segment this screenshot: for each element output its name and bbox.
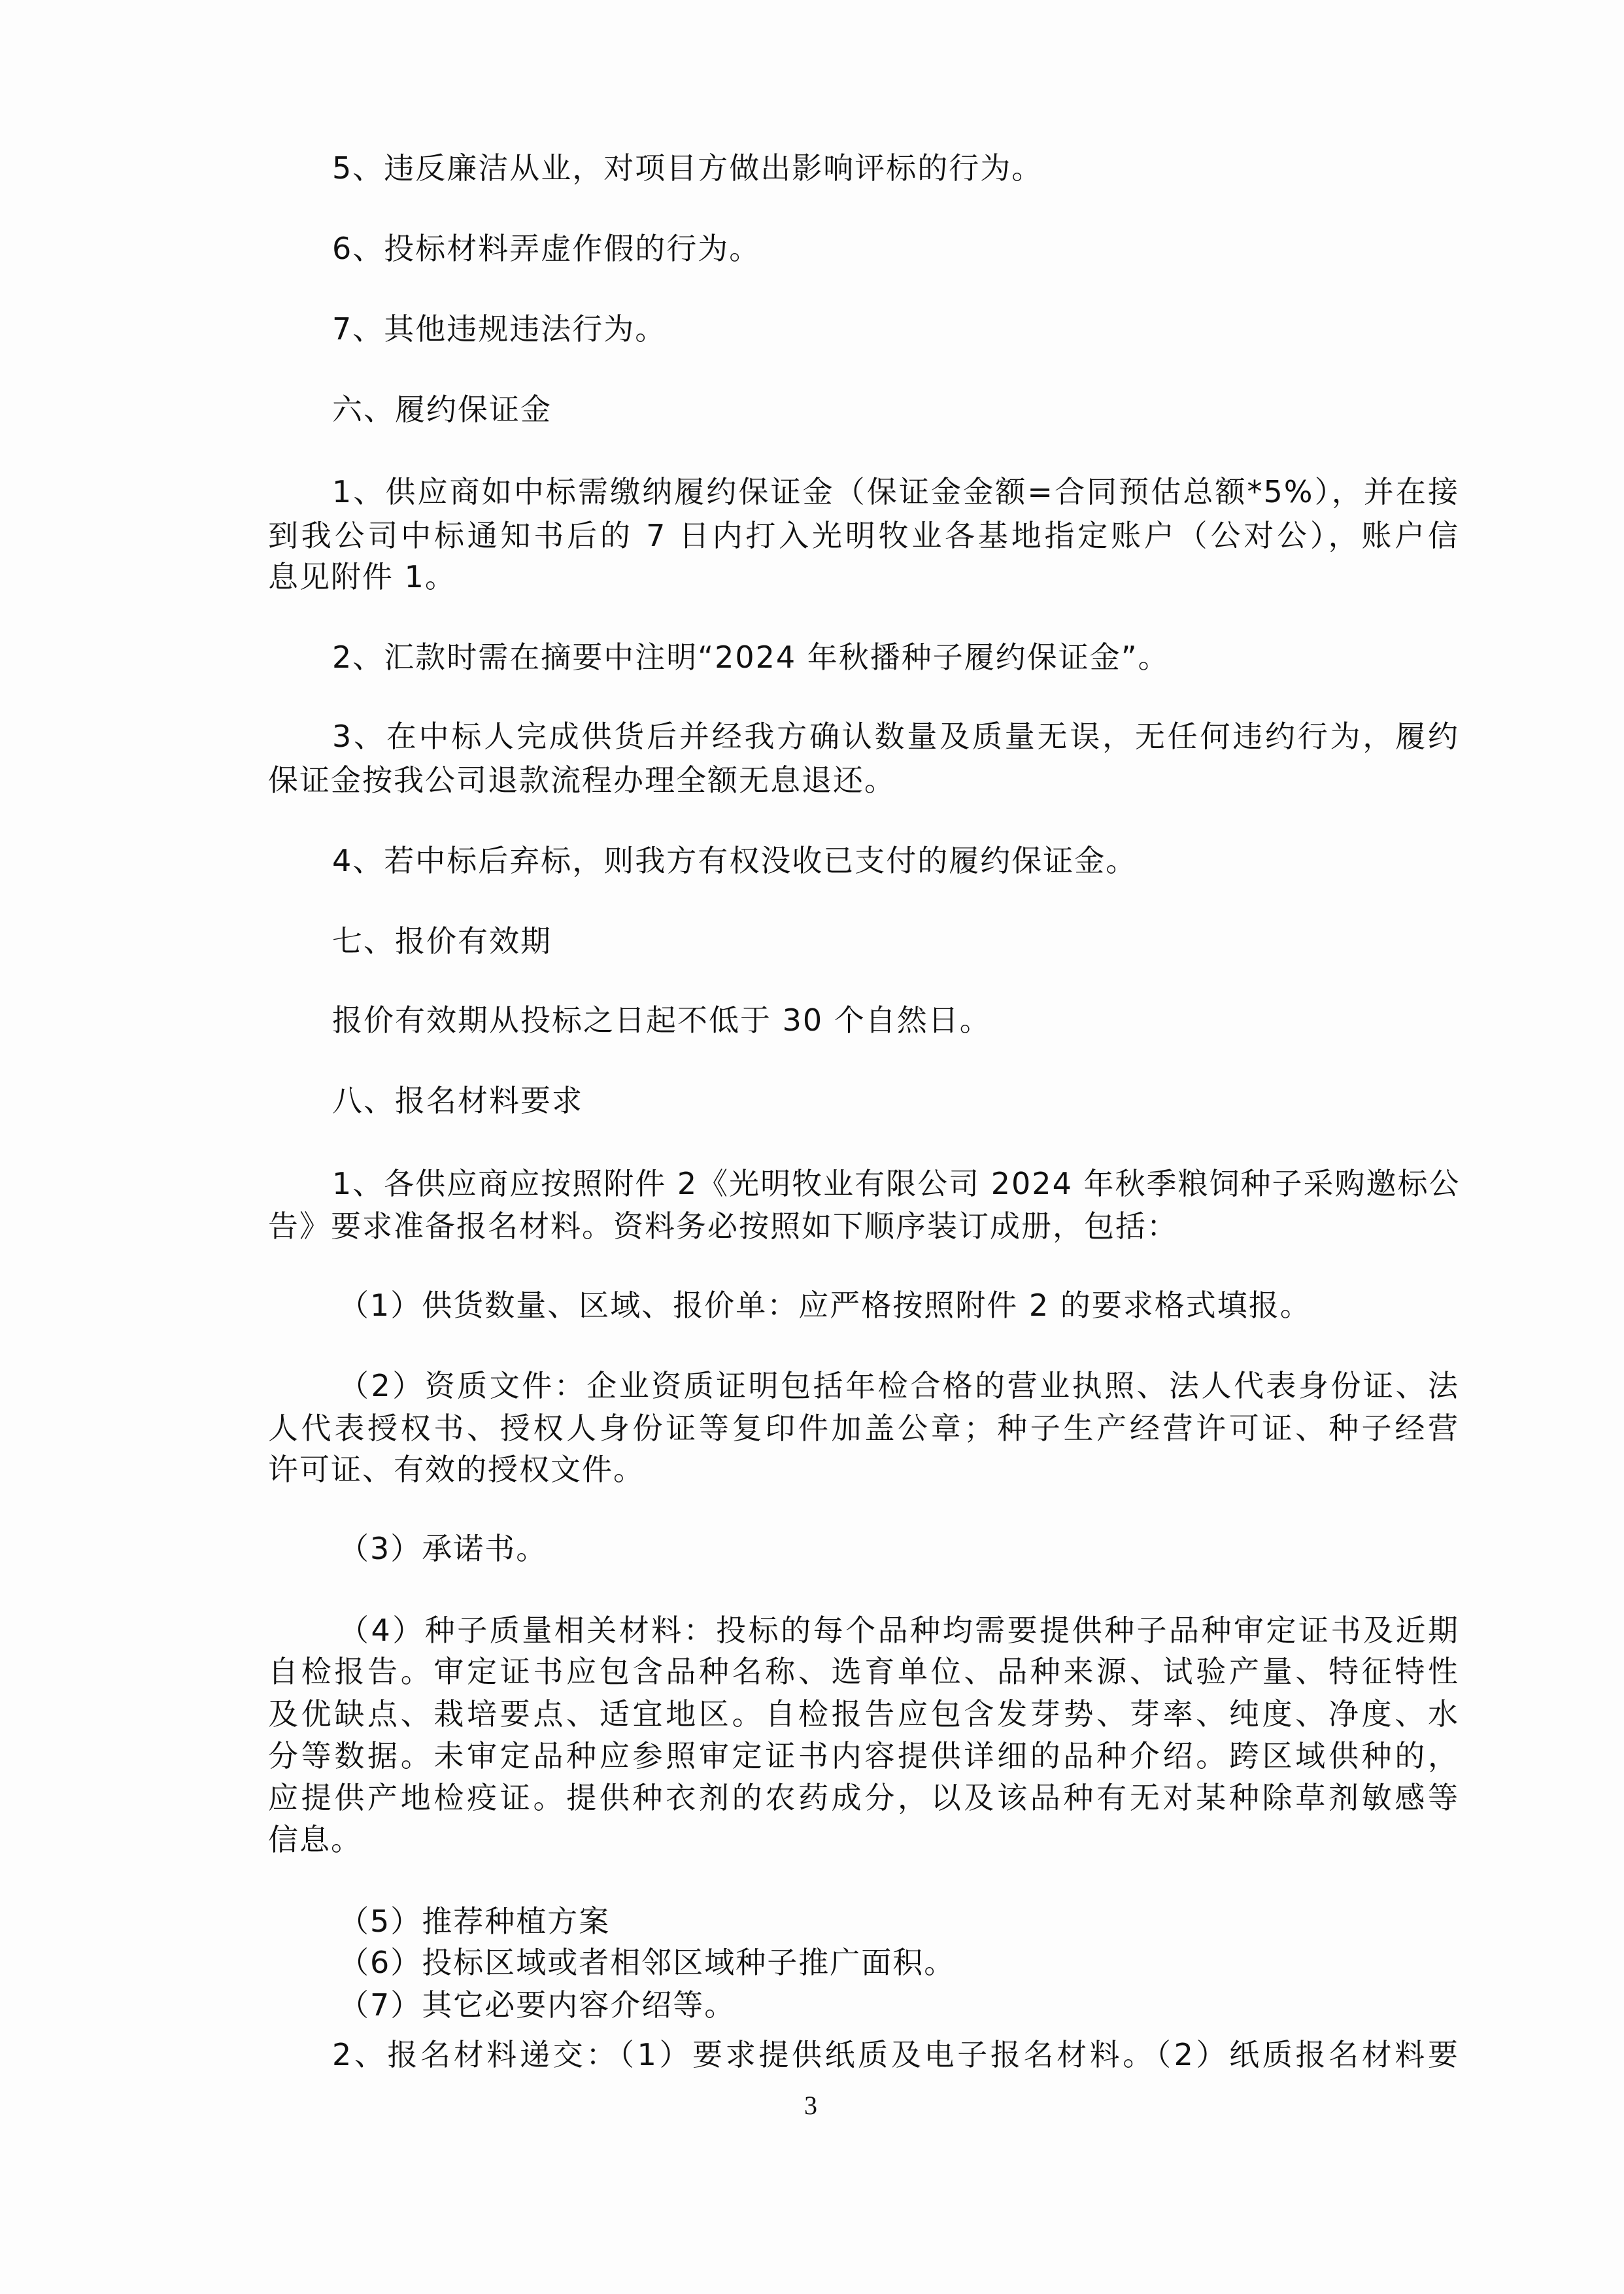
list-item: 信息。	[268, 1819, 1459, 1860]
paragraph-line: 4、若中标后弃标，则我方有权没收已支付的履约保证金。	[332, 840, 1459, 882]
page-number: 3	[798, 2090, 824, 2121]
paragraph-line: 2、报名材料递交：（1）要求提供纸质及电子报名材料。（2）纸质报名材料要	[332, 2034, 1459, 2076]
paragraph-line: 息见附件 1。	[268, 556, 1459, 598]
paragraph-line: 1、供应商如中标需缴纳履约保证金（保证金金额=合同预估总额*5%），并在接	[332, 471, 1459, 513]
document-page: 5、违反廉洁从业，对项目方做出影响评标的行为。 6、投标材料弄虚作假的行为。 7…	[0, 0, 1624, 2294]
paragraph-line: 到我公司中标通知书后的 7 日内打入光明牧业各基地指定账户（公对公），账户信	[268, 515, 1459, 556]
violation-item-5: 5、违反廉洁从业，对项目方做出影响评标的行为。	[332, 147, 1459, 189]
list-item: （5）推荐种植方案	[339, 1900, 1530, 1942]
list-item: 许可证、有效的授权文件。	[268, 1448, 1459, 1490]
list-item: （7）其它必要内容介绍等。	[339, 1984, 1530, 2026]
paragraph-line: 告》要求准备报名材料。资料务必按照如下顺序装订成册，包括：	[268, 1205, 1459, 1247]
section-heading-8: 八、报名材料要求	[332, 1080, 1459, 1121]
section-heading-7: 七、报价有效期	[332, 920, 1459, 962]
violation-item-6: 6、投标材料弄虚作假的行为。	[332, 228, 1459, 269]
list-item: 及优缺点、栽培要点、适宜地区。自检报告应包含发芽势、芽率、纯度、净度、水	[268, 1693, 1459, 1735]
list-item: 应提供产地检疫证。提供种衣剂的农药成分，以及该品种有无对某种除草剂敏感等	[268, 1777, 1459, 1819]
paragraph-line: 2、汇款时需在摘要中注明“2024 年秋播种子履约保证金”。	[332, 636, 1459, 678]
list-item: 人代表授权书、授权人身份证等复印件加盖公章；种子生产经营许可证、种子经营	[268, 1407, 1459, 1449]
list-item: （1）供货数量、区域、报价单：应严格按照附件 2 的要求格式填报。	[339, 1284, 1530, 1326]
list-item: （2）资质文件：企业资质证明包括年检合格的营业执照、法人代表身份证、法	[339, 1365, 1459, 1407]
violation-item-7: 7、其他违规违法行为。	[332, 308, 1459, 350]
list-item: （6）投标区域或者相邻区域种子推广面积。	[339, 1942, 1530, 1983]
list-item: 分等数据。未审定品种应参照审定证书内容提供详细的品种介绍。跨区域供种的，	[268, 1735, 1459, 1777]
list-item: 自检报告。审定证书应包含品种名称、选育单位、品种来源、试验产量、特征特性	[268, 1651, 1459, 1692]
paragraph-line: 报价有效期从投标之日起不低于 30 个自然日。	[332, 999, 1459, 1041]
list-item: （3）承诺书。	[339, 1528, 1530, 1569]
paragraph-line: 1、各供应商应按照附件 2《光明牧业有限公司 2024 年秋季粮饲种子采购邀标公	[332, 1163, 1459, 1205]
paragraph-line: 3、在中标人完成供货后并经我方确认数量及质量无误，无任何违约行为，履约	[332, 715, 1459, 757]
section-heading-6: 六、履约保证金	[332, 388, 1459, 430]
list-item: （4）种子质量相关材料：投标的每个品种均需要提供种子品种审定证书及近期	[339, 1609, 1459, 1651]
paragraph-line: 保证金按我公司退款流程办理全额无息退还。	[268, 759, 1459, 801]
